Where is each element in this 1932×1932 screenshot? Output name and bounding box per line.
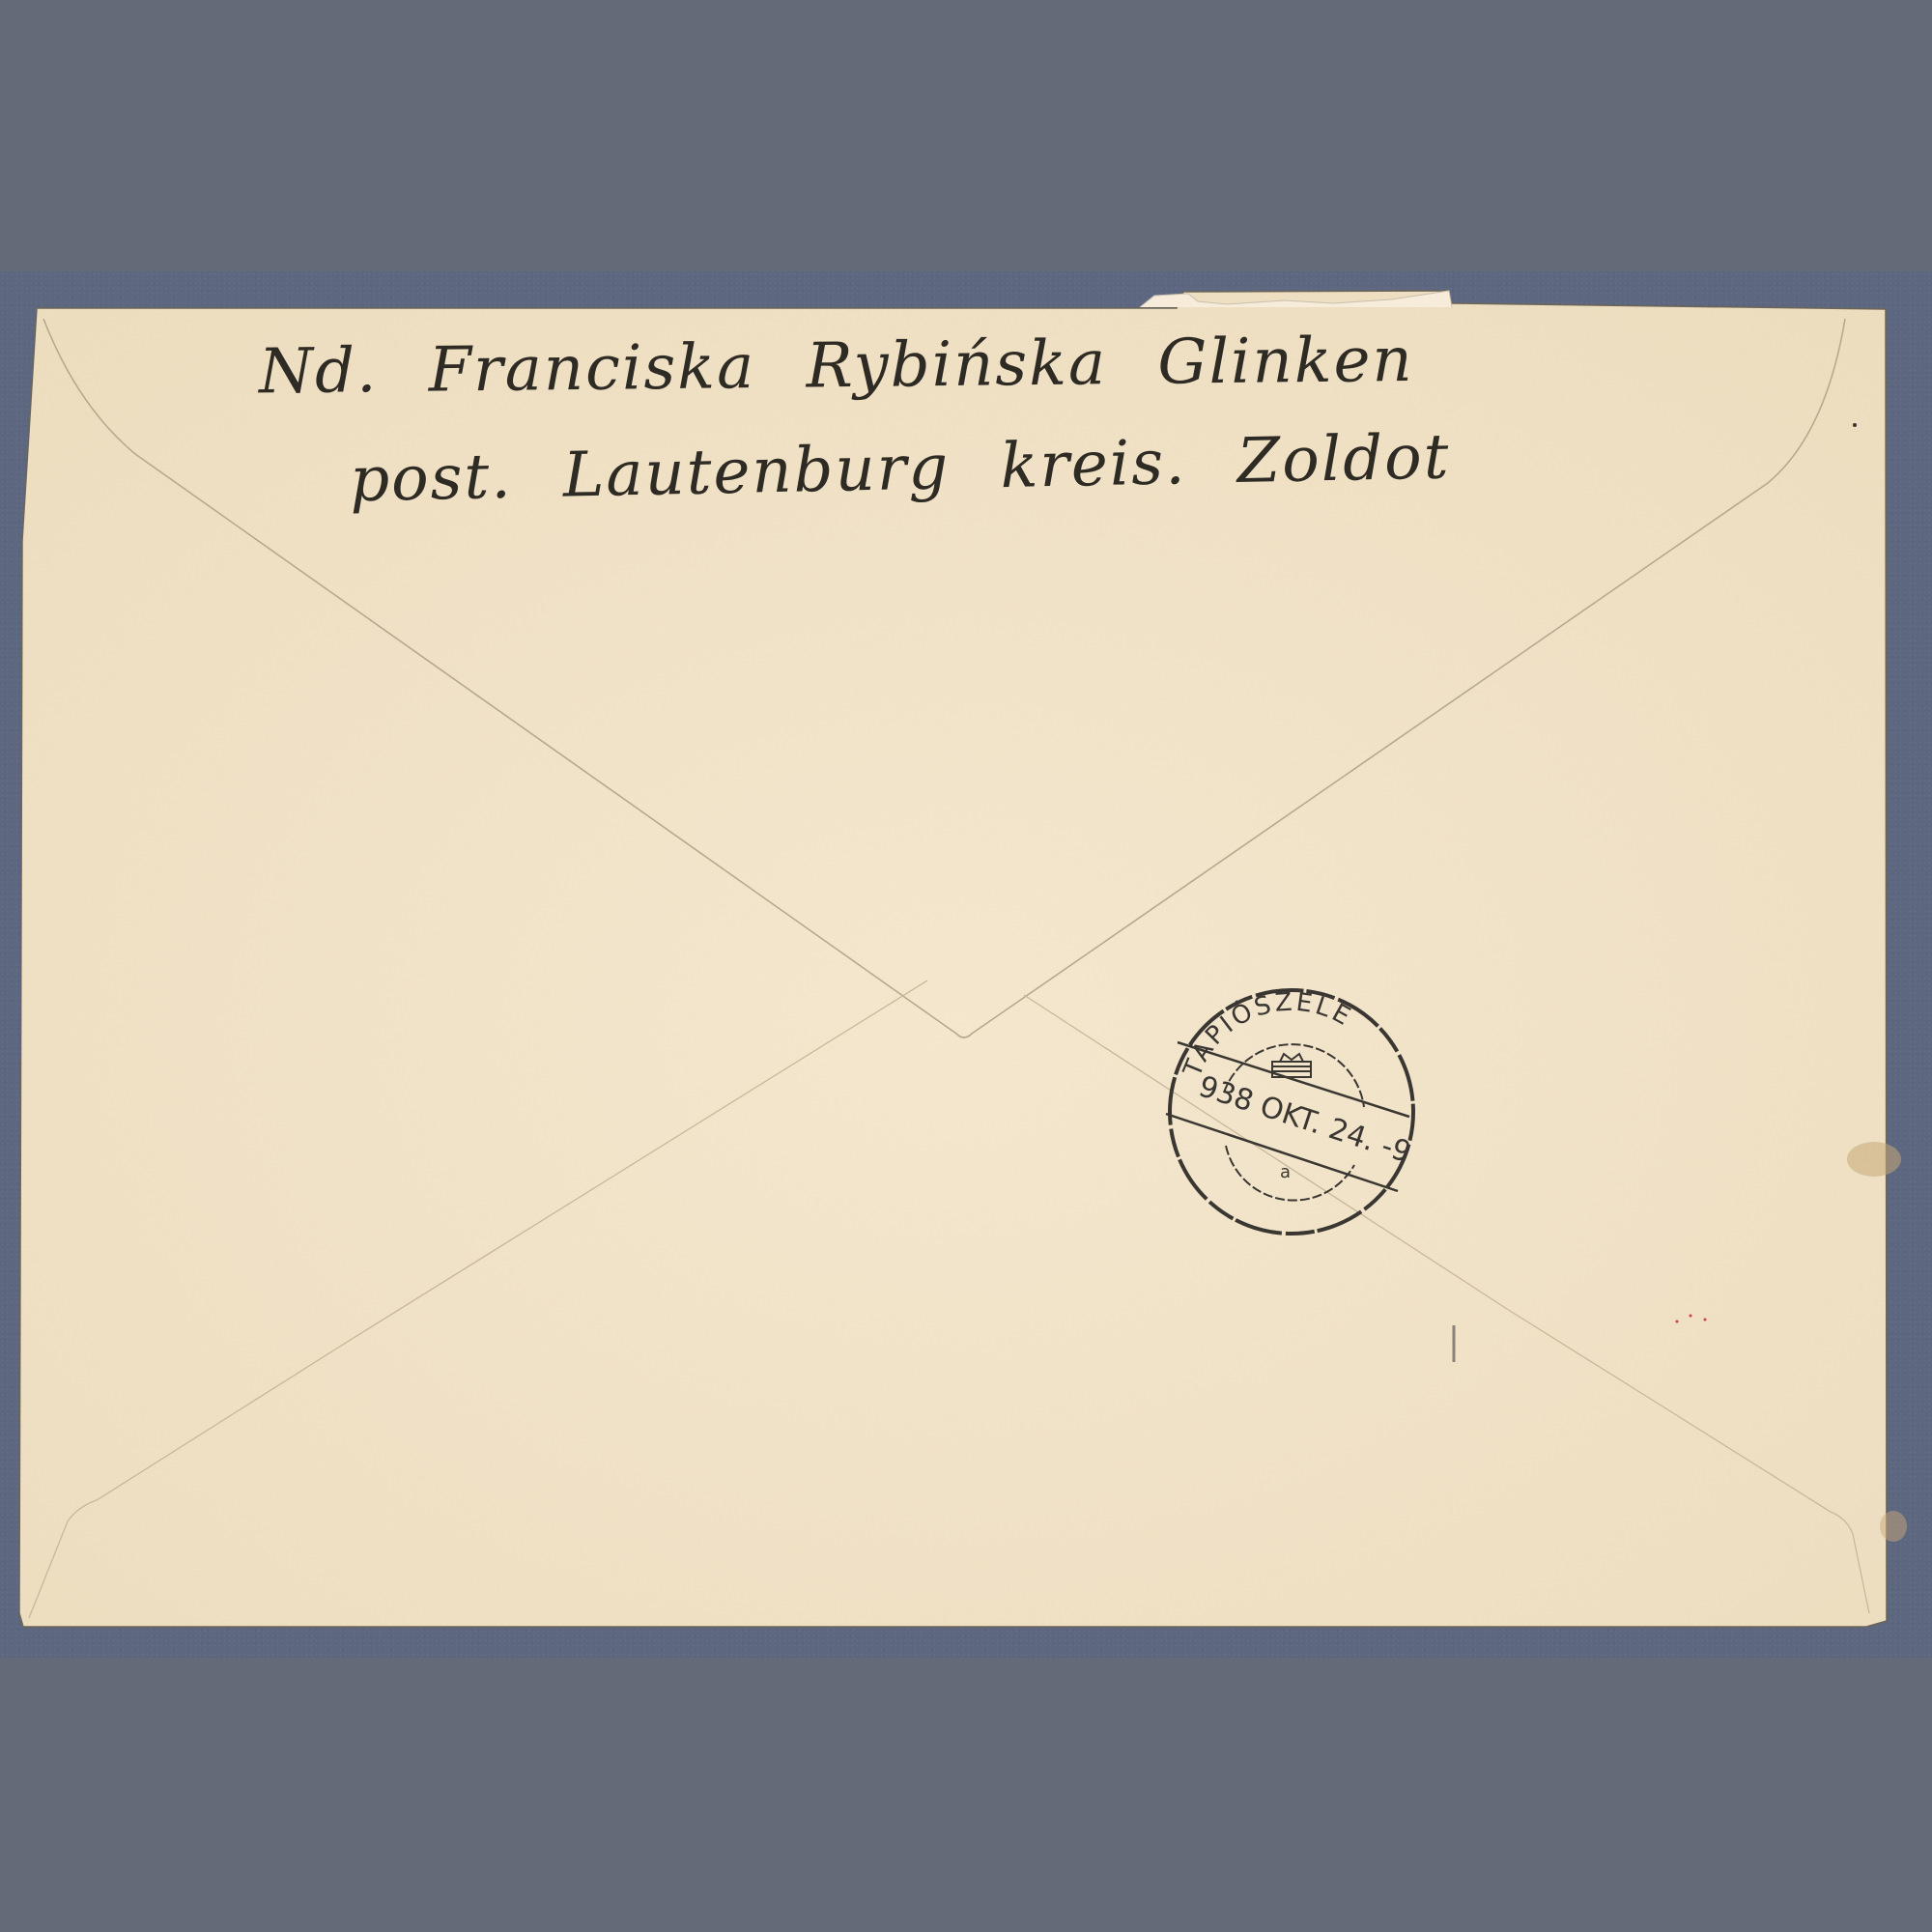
post-town: Lautenburg <box>562 432 951 511</box>
last-name: Rybińska <box>806 327 1107 402</box>
district: Zoldot <box>1236 421 1451 497</box>
salutation: Nd. <box>259 335 379 408</box>
postmark-date: 938 OKT. 24. -9 <box>1195 1069 1415 1170</box>
postmark-letter: a <box>1280 1162 1291 1182</box>
svg-text:TÁPIÓSZELE: TÁPIÓSZELE <box>1178 987 1357 1081</box>
postmark: TÁPIÓSZELE 938 OKT. 24. -9 a <box>1156 986 1427 1237</box>
post-label: post. <box>349 441 513 517</box>
sender-name-line: Nd. Franciska Rybińska Glinken <box>259 325 1443 409</box>
village: Glinken <box>1157 325 1414 399</box>
district-label: kreis. <box>1000 427 1187 502</box>
postmark-town: TÁPIÓSZELE <box>1178 987 1357 1081</box>
first-name: Franciska <box>428 331 755 407</box>
envelope <box>0 0 1932 1932</box>
